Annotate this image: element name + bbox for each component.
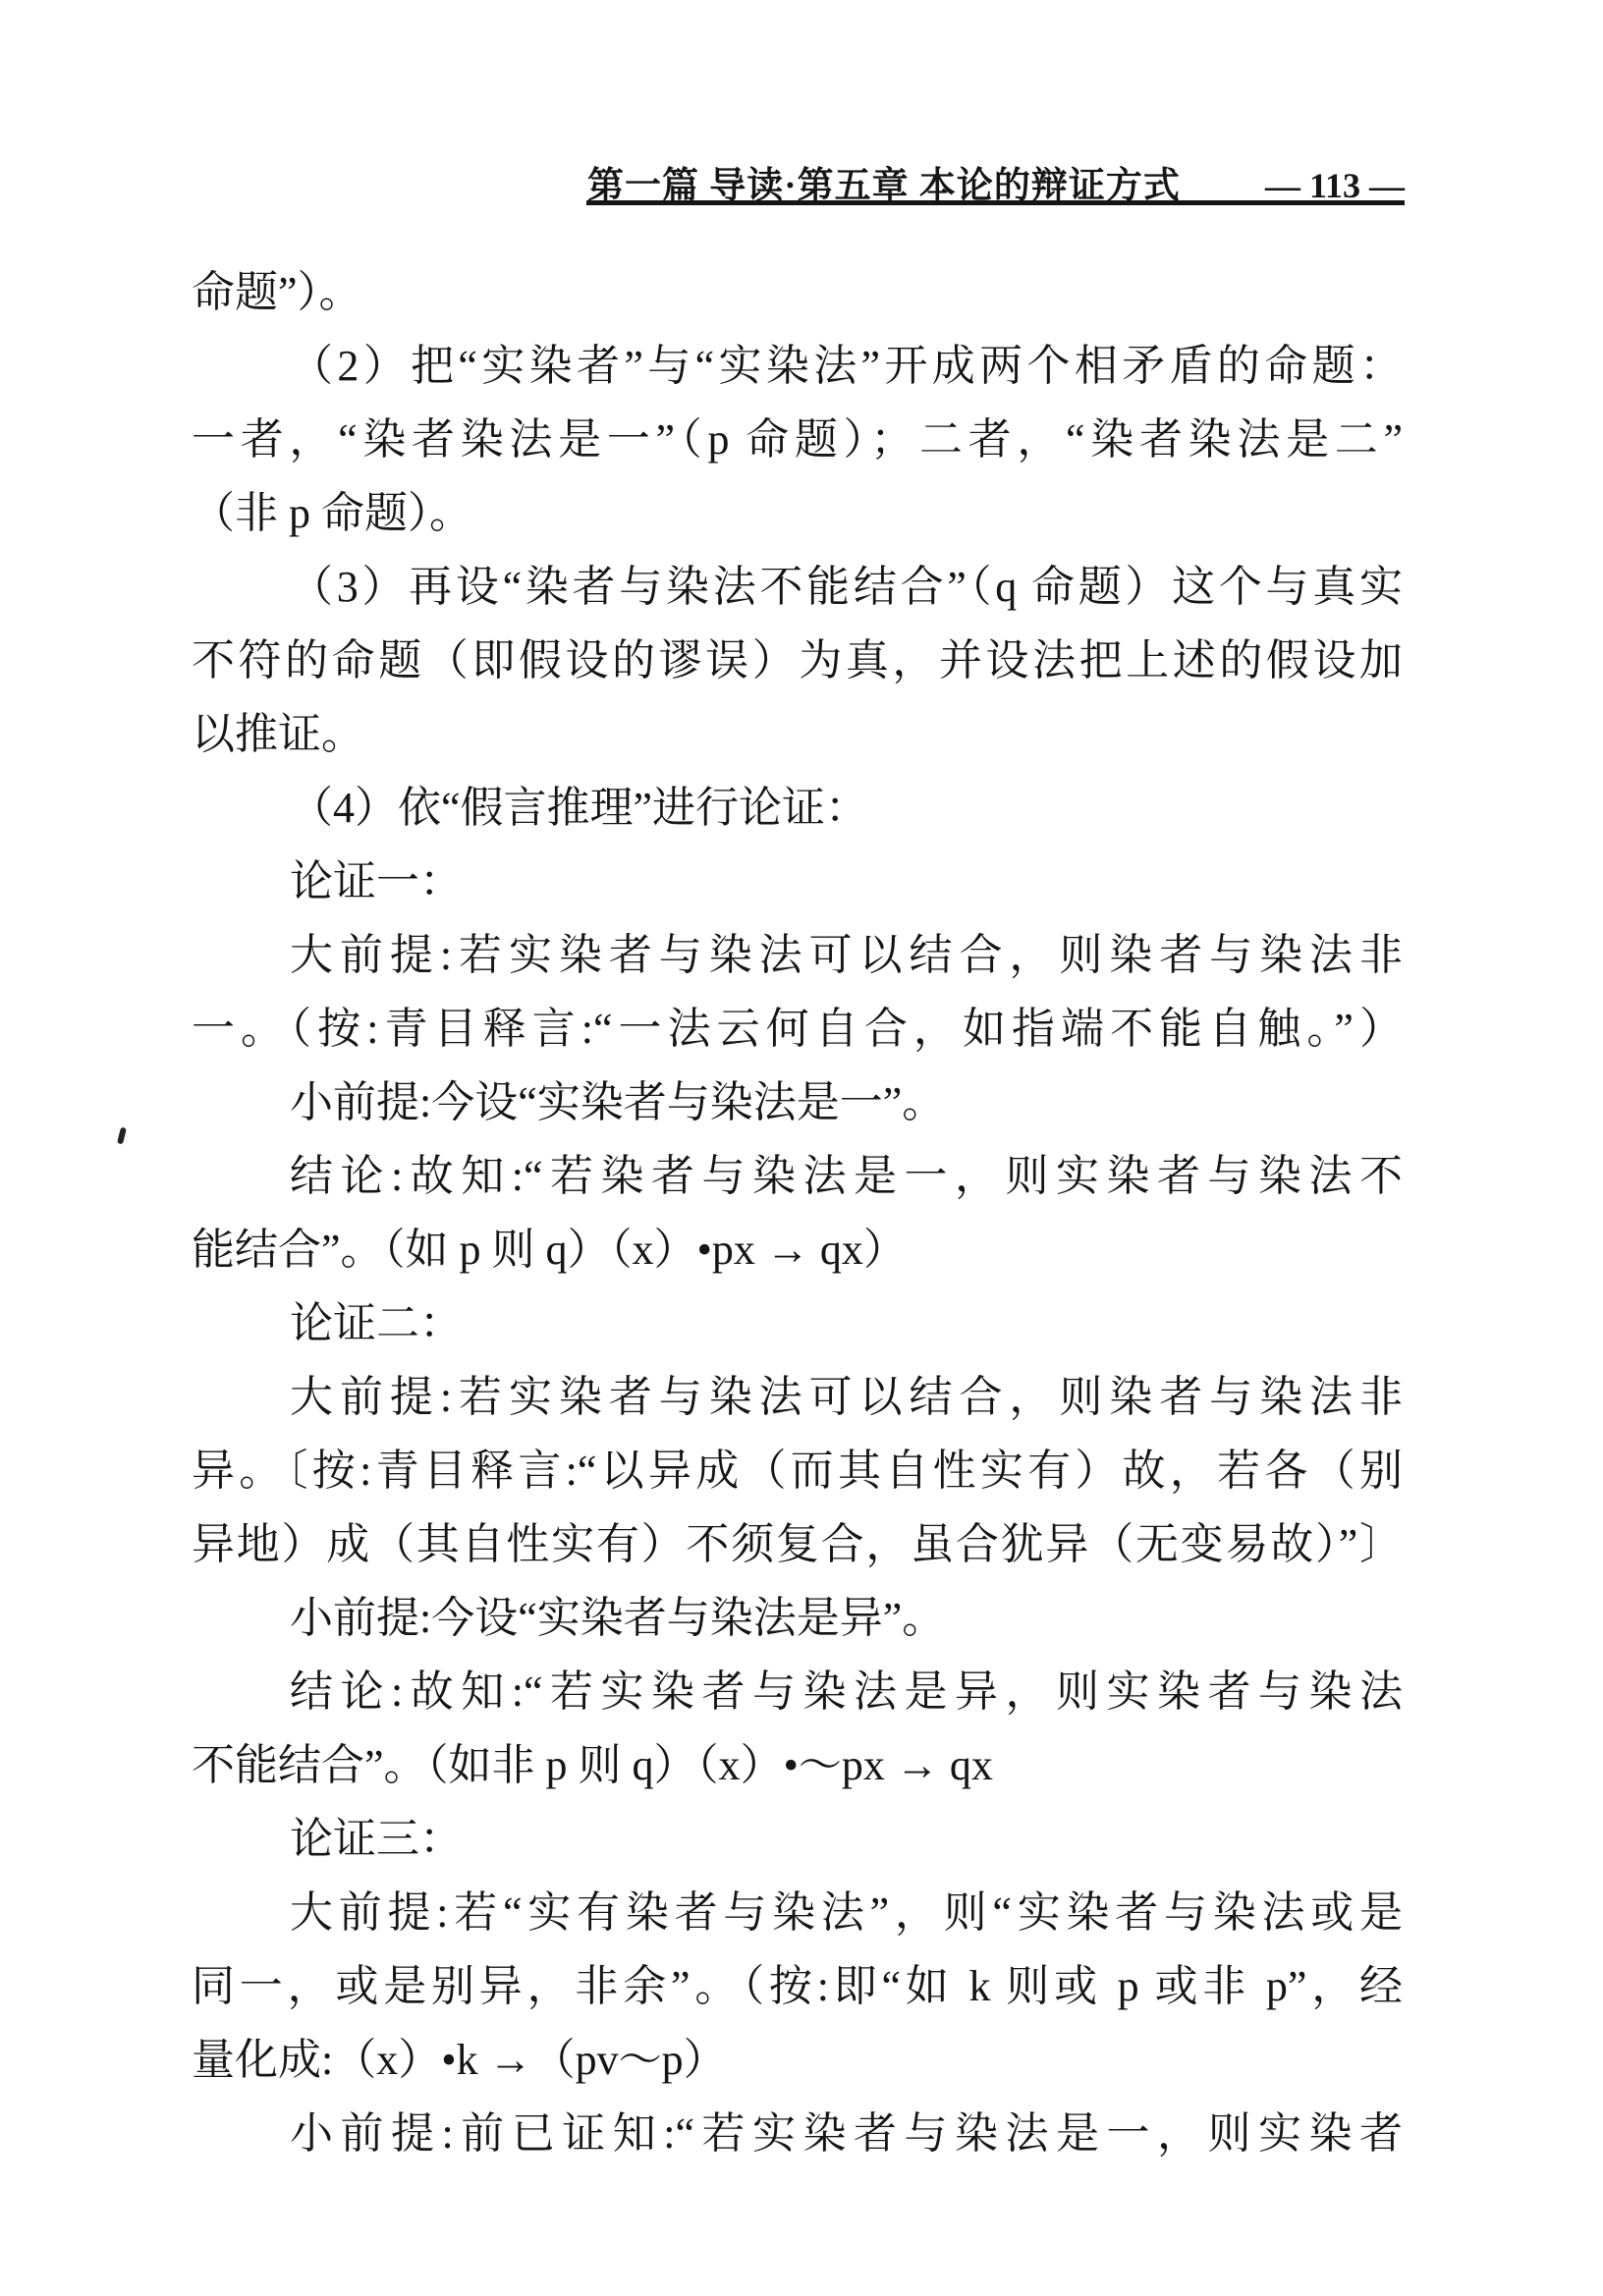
book-page: 第一篇 导读·第五章 本论的辩证方式 — 113 — 命题”）。 （2）把“实染…: [0, 0, 1603, 2296]
text-line: 论证一：: [192, 845, 1403, 918]
text-line: 异。〔按:青目释言:“以异成（而其自性实有）故，若各（别: [192, 1434, 1403, 1507]
text-line: 不能结合”。（如非 p 则 q）（x）•～px → qx: [192, 1728, 1403, 1802]
text-line: 大前提:若实染者与染法可以结合，则染者与染法非: [192, 1360, 1403, 1434]
text-line: 命题”）。: [192, 255, 1403, 329]
text-line: 异地）成（其自性实有）不须复合，虽合犹异（无变易故）”〕: [192, 1507, 1403, 1581]
text-line: （3）再设“染者与染法不能结合”（q 命题）这个与真实: [192, 550, 1403, 624]
text-line: 同一，或是别异，非余”。（按:即“如 k 则或 p 或非 p”，经: [192, 1949, 1403, 2023]
text-line: （4）依“假言推理”进行论证：: [192, 771, 1403, 845]
body-text: 命题”）。 （2）把“实染者”与“实染法”开成两个相矛盾的命题： 一者，“染者染…: [192, 255, 1403, 2170]
text-line: 一者，“染者染法是一”（p 命题）；二者，“染者染法是二”: [192, 403, 1403, 476]
scan-artifact: [117, 1127, 127, 1145]
text-line: 小前提:前已证知:“若实染者与染法是一，则实染者: [192, 2097, 1403, 2170]
text-line: 以推证。: [192, 697, 1403, 771]
text-line: 能结合”。（如 p 则 q）（x）•px → qx）: [192, 1213, 1403, 1286]
text-line: 量化成:（x）•k →（pv～p）: [192, 2023, 1403, 2097]
text-line: 结论:故知:“若染者与染法是一，则实染者与染法不: [192, 1139, 1403, 1213]
text-line: （非 p 命题）。: [192, 476, 1403, 550]
text-line: 论证三：: [192, 1802, 1403, 1876]
text-line: 不符的命题（即假设的谬误）为真，并设法把上述的假设加: [192, 624, 1403, 697]
text-line: 一。（按:青目释言:“一法云何自合，如指端不能自触。”）: [192, 992, 1403, 1066]
text-line: 结论:故知:“若实染者与染法是异，则实染者与染法: [192, 1655, 1403, 1728]
text-line: （2）把“实染者”与“实染法”开成两个相矛盾的命题：: [192, 329, 1403, 403]
text-line: 小前提:今设“实染者与染法是异”。: [192, 1581, 1403, 1655]
text-line: 论证二：: [192, 1286, 1403, 1360]
header-rule: [586, 200, 1405, 205]
text-line: 小前提:今设“实染者与染法是一”。: [192, 1066, 1403, 1139]
text-line: 大前提:若“实有染者与染法”，则“实染者与染法或是: [192, 1876, 1403, 1949]
text-line: 大前提:若实染者与染法可以结合，则染者与染法非: [192, 918, 1403, 992]
